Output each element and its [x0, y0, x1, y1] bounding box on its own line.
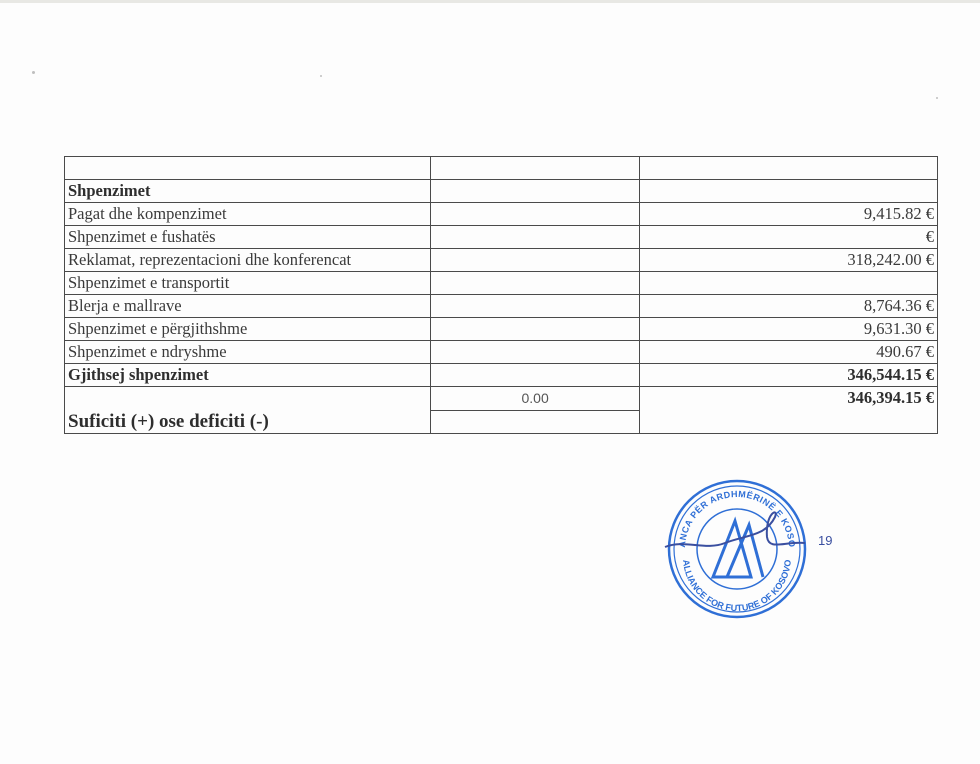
- row-col2: [430, 341, 640, 364]
- result-amount: 346,394.15 €: [640, 387, 938, 434]
- scan-speck: [32, 71, 35, 74]
- table-row: Shpenzimet e transportit: [65, 272, 938, 295]
- row-amount: 318,242.00 €: [640, 249, 938, 272]
- table-row: Blerja e mallrave 8,764.36 €: [65, 295, 938, 318]
- total-label: Gjithsej shpenzimet: [65, 364, 431, 387]
- scan-speck: [936, 97, 938, 99]
- scan-speck: [320, 75, 322, 77]
- row-col2: [430, 203, 640, 226]
- table-row: Shpenzimet e përgjithshme 9,631.30 €: [65, 318, 938, 341]
- table-row: Shpenzimet e ndryshme 490.67 €: [65, 341, 938, 364]
- empty-cell: [430, 180, 640, 203]
- row-label: Shpenzimet e përgjithshme: [65, 318, 431, 341]
- row-label: Shpenzimet e ndryshme: [65, 341, 431, 364]
- row-label: Blerja e mallrave: [65, 295, 431, 318]
- row-amount: 490.67 €: [640, 341, 938, 364]
- empty-cell: [430, 364, 640, 387]
- table-row: Pagat dhe kompenzimet 9,415.82 €: [65, 203, 938, 226]
- header-cell: [65, 157, 431, 180]
- result-label: Suficiti (+) ose deficiti (-): [65, 387, 431, 434]
- header-cell: [430, 157, 640, 180]
- party-stamp: ALEANCA PËR ARDHMËRINË E KOSOVËS ALLIANC…: [655, 477, 845, 622]
- row-label: Shpenzimet e transportit: [65, 272, 431, 295]
- section-heading: Shpenzimet: [65, 180, 431, 203]
- total-row: Gjithsej shpenzimet 346,544.15 €: [65, 364, 938, 387]
- row-label: Pagat dhe kompenzimet: [65, 203, 431, 226]
- row-amount: 8,764.36 €: [640, 295, 938, 318]
- row-amount: [640, 272, 938, 295]
- table-row: Reklamat, reprezentacioni dhe konferenca…: [65, 249, 938, 272]
- signature-note: 19: [818, 533, 832, 548]
- expenses-table: Shpenzimet Pagat dhe kompenzimet 9,415.8…: [64, 156, 938, 434]
- row-label: Reklamat, reprezentacioni dhe konferenca…: [65, 249, 431, 272]
- row-col2: [430, 226, 640, 249]
- table-row: Shpenzimet e fushatës €: [65, 226, 938, 249]
- row-amount: 9,415.82 €: [640, 203, 938, 226]
- row-col2: [430, 272, 640, 295]
- empty-cell: [640, 180, 938, 203]
- row-col2: [430, 318, 640, 341]
- row-col2: [430, 249, 640, 272]
- table-header-row: [65, 157, 938, 180]
- result-col2: 0.00: [430, 387, 640, 411]
- document-page: Shpenzimet Pagat dhe kompenzimet 9,415.8…: [0, 0, 980, 764]
- row-amount: €: [640, 226, 938, 249]
- row-col2: [430, 295, 640, 318]
- row-label: Shpenzimet e fushatës: [65, 226, 431, 249]
- header-cell: [640, 157, 938, 180]
- section-heading-row: Shpenzimet: [65, 180, 938, 203]
- row-amount: 9,631.30 €: [640, 318, 938, 341]
- empty-cell: [430, 410, 640, 434]
- result-row: Suficiti (+) ose deficiti (-) 0.00 346,3…: [65, 387, 938, 411]
- total-amount: 346,544.15 €: [640, 364, 938, 387]
- stamp-seal-icon: [669, 481, 805, 617]
